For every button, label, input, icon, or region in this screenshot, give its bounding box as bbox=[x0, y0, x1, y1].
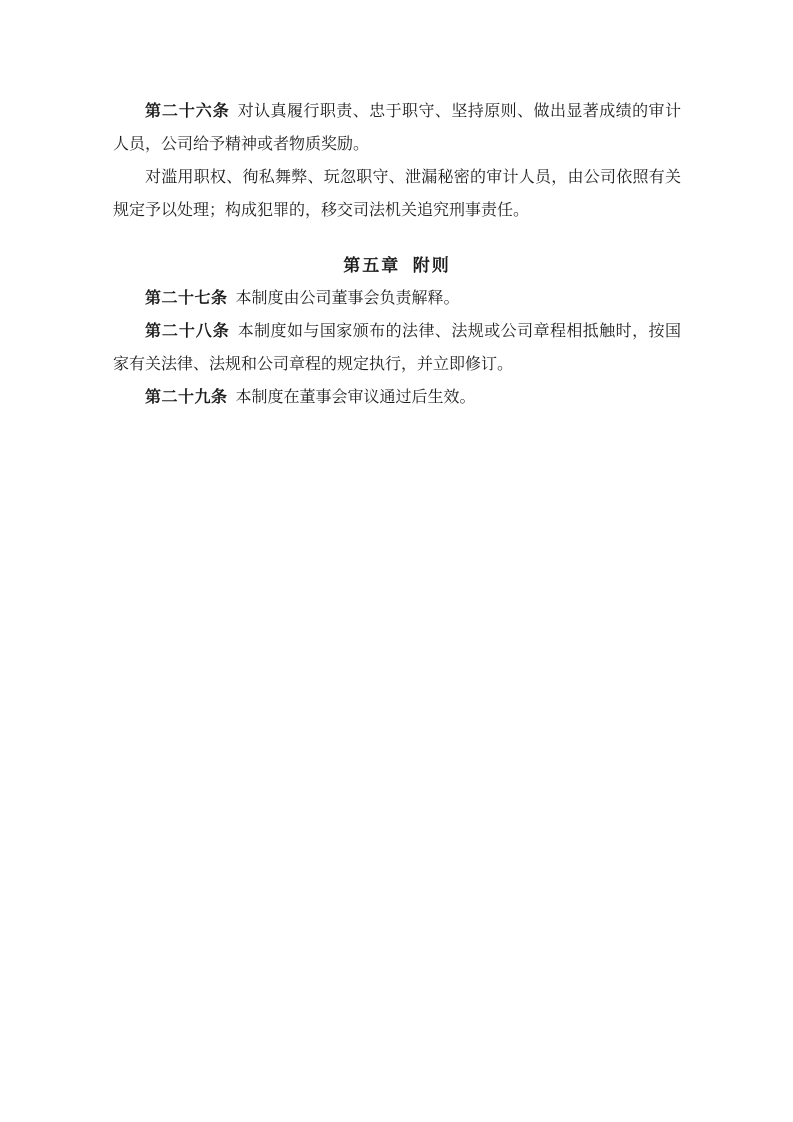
article-28-label: 第二十八条 bbox=[145, 323, 230, 340]
article-27-label: 第二十七条 bbox=[145, 290, 228, 307]
chapter-5-heading: 第五章 附则 bbox=[113, 249, 681, 282]
article-28-paragraph: 第二十八条本制度如与国家颁布的法律、法规或公司章程相抵触时，按国家有关法律、法规… bbox=[113, 315, 681, 381]
article-27-paragraph: 第二十七条本制度由公司董事会负责解释。 bbox=[113, 282, 681, 315]
document-page: 第二十六条对认真履行职责、忠于职守、坚持原则、做出显著成绩的审计人员，公司给予精… bbox=[0, 0, 793, 1122]
article-29-label: 第二十九条 bbox=[145, 389, 228, 406]
document-body: 第二十六条对认真履行职责、忠于职守、坚持原则、做出显著成绩的审计人员，公司给予精… bbox=[113, 0, 681, 414]
article-29-text: 本制度在董事会审议通过后生效。 bbox=[236, 389, 476, 406]
article-26-paragraph: 第二十六条对认真履行职责、忠于职守、坚持原则、做出显著成绩的审计人员，公司给予精… bbox=[113, 95, 681, 161]
article-27-text: 本制度由公司董事会负责解释。 bbox=[236, 290, 460, 307]
article-29-paragraph: 第二十九条本制度在董事会审议通过后生效。 bbox=[113, 381, 681, 414]
article-26-label: 第二十六条 bbox=[145, 103, 230, 120]
penalty-paragraph-text: 对滥用职权、徇私舞弊、玩忽职守、泄漏秘密的审计人员，由公司依照有关规定予以处理；… bbox=[113, 169, 681, 219]
penalty-paragraph: 对滥用职权、徇私舞弊、玩忽职守、泄漏秘密的审计人员，由公司依照有关规定予以处理；… bbox=[113, 161, 681, 227]
